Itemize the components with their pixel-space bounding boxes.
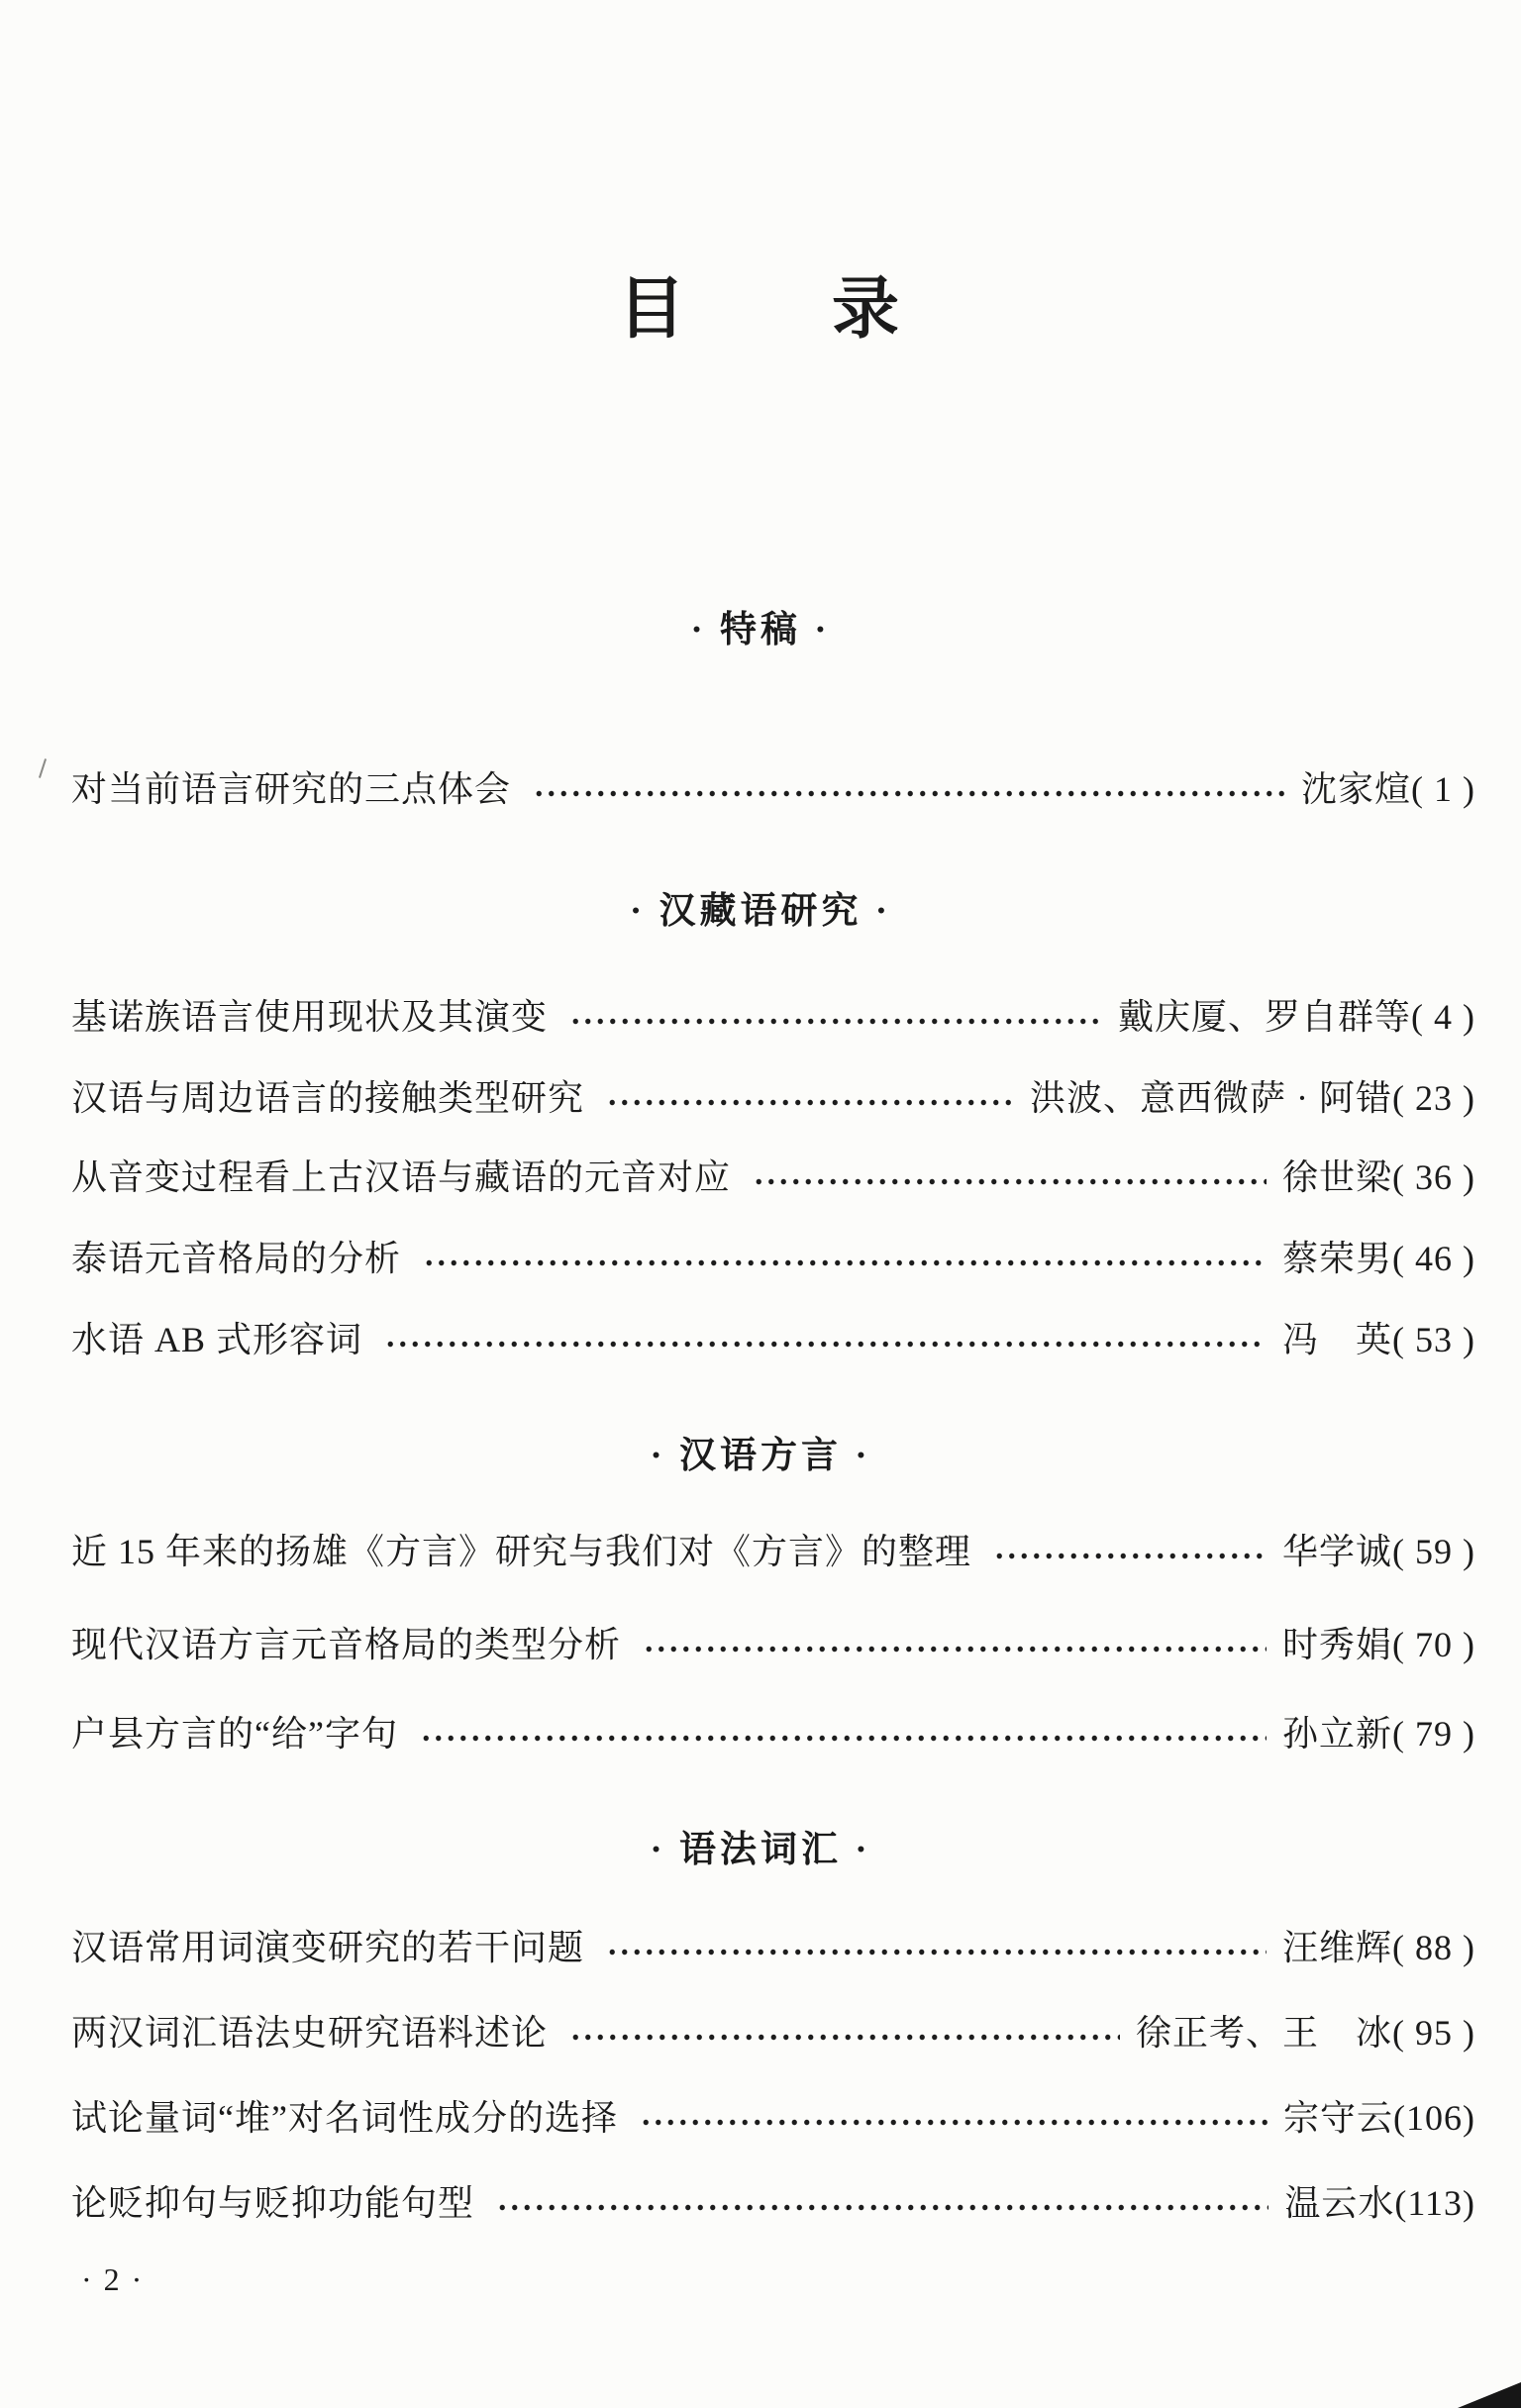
- dotted-leader: [533, 764, 1285, 814]
- toc-entry: 近 15 年来的扬雄《方言》研究与我们对《方言》的整理 华学诚 ( 59 ): [71, 1527, 1475, 1576]
- entry-page-number: ( 79 ): [1392, 1709, 1475, 1758]
- entry-authors: 徐世梁: [1282, 1153, 1392, 1202]
- toc-page: 目 录 · 特稿 · 对当前语言研究的三点体会 沈家煊 ( 1 ) · 汉藏语研…: [0, 0, 1521, 2408]
- entry-authors: 华学诚: [1282, 1527, 1392, 1576]
- toc-entry: 汉语常用词演变研究的若干问题 汪维辉 ( 88 ): [71, 1923, 1475, 1972]
- entry-authors: 沈家煊: [1301, 764, 1411, 814]
- toc-entry: 现代汉语方言元音格局的类型分析 时秀娟 ( 70 ): [71, 1620, 1475, 1669]
- dotted-leader: [606, 1923, 1267, 1972]
- entry-page-number: ( 36 ): [1392, 1153, 1475, 1202]
- entry-authors: 时秀娟: [1282, 1620, 1392, 1669]
- entry-title: 两汉词汇语法史研究语料述论: [71, 2008, 548, 2057]
- entry-authors: 孙立新: [1282, 1709, 1392, 1758]
- entry-page-number: ( 59 ): [1392, 1527, 1475, 1576]
- dotted-leader: [569, 992, 1102, 1042]
- dotted-leader: [384, 1315, 1267, 1364]
- entry-title: 对当前语言研究的三点体会: [71, 764, 511, 814]
- toc-entry: 水语 AB 式形容词 冯 英 ( 53 ): [71, 1315, 1475, 1364]
- entry-page-number: ( 70 ): [1392, 1620, 1475, 1669]
- dotted-leader: [496, 2178, 1268, 2228]
- dotted-leader: [993, 1527, 1267, 1576]
- entry-title: 汉语常用词演变研究的若干问题: [71, 1923, 584, 1972]
- entry-page-number: ( 95 ): [1392, 2008, 1475, 2057]
- dotted-leader: [640, 2093, 1267, 2143]
- entry-title: 现代汉语方言元音格局的类型分析: [71, 1620, 621, 1669]
- toc-entry: 基诺族语言使用现状及其演变 戴庆厦、罗自群等 ( 4 ): [71, 992, 1475, 1042]
- toc-entry: 户县方言的“给”字句 孙立新 ( 79 ): [71, 1709, 1475, 1758]
- entry-authors: 蔡荣男: [1282, 1234, 1392, 1283]
- entry-authors: 冯 英: [1282, 1315, 1392, 1364]
- entry-page-number: ( 1 ): [1411, 764, 1475, 814]
- entry-title: 户县方言的“给”字句: [71, 1709, 398, 1758]
- page-title: 目 录: [0, 255, 1521, 351]
- section-header-grammar-vocabulary: · 语法词汇 ·: [0, 1826, 1521, 1875]
- dotted-leader: [753, 1153, 1267, 1202]
- entry-authors: 宗守云: [1283, 2093, 1393, 2143]
- dotted-leader: [423, 1234, 1267, 1283]
- toc-entry: 泰语元音格局的分析 蔡荣男 ( 46 ): [71, 1234, 1475, 1283]
- toc-entry: 两汉词汇语法史研究语料述论 徐正考、王 冰 ( 95 ): [71, 2008, 1475, 2057]
- entry-title: 泰语元音格局的分析: [71, 1234, 401, 1283]
- entry-title: 汉语与周边语言的接触类型研究: [71, 1073, 584, 1123]
- section-header-chinese-dialects: · 汉语方言 ·: [0, 1432, 1521, 1481]
- toc-entry: 汉语与周边语言的接触类型研究 洪波、意西微萨 · 阿错 ( 23 ): [71, 1073, 1475, 1123]
- entry-title: 近 15 年来的扬雄《方言》研究与我们对《方言》的整理: [71, 1527, 971, 1576]
- entry-title: 基诺族语言使用现状及其演变: [71, 992, 548, 1042]
- entry-title: 水语 AB 式形容词: [71, 1315, 362, 1364]
- dotted-leader: [643, 1620, 1267, 1669]
- toc-entry: 对当前语言研究的三点体会 沈家煊 ( 1 ): [71, 764, 1475, 814]
- entry-page-number: ( 53 ): [1392, 1315, 1475, 1364]
- toc-entry: 论贬抑句与贬抑功能句型 温云水 (113): [71, 2178, 1475, 2228]
- toc-entry: 从音变过程看上古汉语与藏语的元音对应 徐世梁 ( 36 ): [71, 1153, 1475, 1202]
- entry-page-number: ( 4 ): [1411, 992, 1475, 1042]
- entry-title: 从音变过程看上古汉语与藏语的元音对应: [71, 1153, 731, 1202]
- entry-authors: 温云水: [1284, 2178, 1394, 2228]
- entry-page-number: ( 88 ): [1392, 1923, 1475, 1972]
- scan-artifact-corner: [1458, 2382, 1521, 2408]
- dotted-leader: [420, 1709, 1267, 1758]
- entry-authors: 洪波、意西微萨 · 阿错: [1030, 1073, 1392, 1123]
- entry-title: 论贬抑句与贬抑功能句型: [71, 2178, 474, 2228]
- entry-authors: 徐正考、王 冰: [1136, 2008, 1392, 2057]
- scan-artifact-mark: [39, 758, 47, 778]
- entry-authors: 汪维辉: [1282, 1923, 1392, 1972]
- toc-entry: 试论量词“堆”对名词性成分的选择 宗守云 (106): [71, 2093, 1475, 2143]
- entry-page-number: (113): [1394, 2178, 1475, 2228]
- section-header-special-contribution: · 特稿 ·: [0, 606, 1521, 655]
- dotted-leader: [569, 2008, 1120, 2057]
- page-number-footer: · 2 ·: [81, 2261, 144, 2298]
- section-header-sino-tibetan: · 汉藏语研究 ·: [0, 887, 1521, 937]
- dotted-leader: [606, 1073, 1014, 1123]
- entry-page-number: ( 23 ): [1392, 1073, 1475, 1123]
- entry-page-number: (106): [1393, 2093, 1475, 2143]
- entry-authors: 戴庆厦、罗自群等: [1118, 992, 1411, 1042]
- entry-title: 试论量词“堆”对名词性成分的选择: [71, 2093, 618, 2143]
- entry-page-number: ( 46 ): [1392, 1234, 1475, 1283]
